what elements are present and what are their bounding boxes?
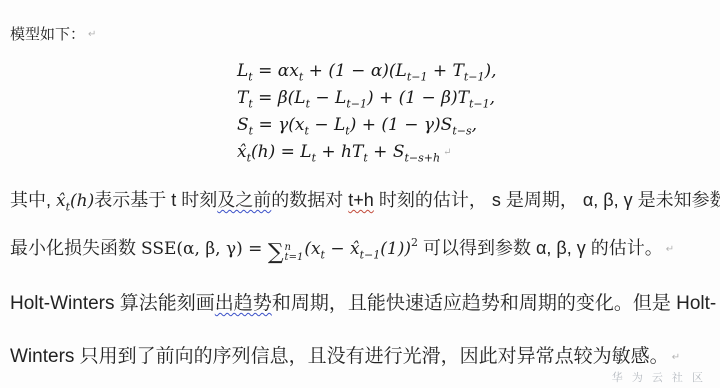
eq1-term: ), <box>485 61 497 81</box>
eq3-term: − L <box>309 115 345 135</box>
loss-lead: 最小化损失函数 <box>10 238 141 258</box>
eq1-term: + T <box>428 61 464 81</box>
loss-sub: t−1 <box>360 248 381 261</box>
eq1-sub: t−1 <box>464 70 485 83</box>
where-lead: 其中, <box>10 190 56 210</box>
loss-tail: 可以得到参数 α, β, γ 的估计。 <box>418 238 663 258</box>
sigma-glyph: ∑ <box>268 242 284 264</box>
watermark-huawei-cloud-community: 华 为 云 社 区 <box>612 369 706 385</box>
where-mid1: 表示基于 t 时刻 <box>94 190 217 210</box>
intro-text: 模型如下：↵ <box>10 23 96 44</box>
hw1-lead: Holt-Winters 算法能刻画 <box>10 293 215 314</box>
math-xhat: x̂ <box>56 191 66 211</box>
eq3-sub: t−s <box>452 124 471 137</box>
loss-term: (x <box>304 239 320 259</box>
inline-math-sse: SSE(α, β, γ) = ∑nt=1(xt − x̂t−1(1))2 <box>141 239 418 259</box>
paragraph-loss-function: 最小化损失函数 SSE(α, β, γ) = ∑nt=1(xt − x̂t−1(… <box>10 234 674 264</box>
eq2-term: , <box>490 88 495 108</box>
sum-lower-limit: t=1 <box>285 253 304 264</box>
eq4-sub: t−s+h <box>404 151 440 164</box>
paragraph-mark: ↵ <box>666 244 674 255</box>
exponent-2: 2 <box>411 236 418 249</box>
sse-head: SSE(α, β, γ) = <box>141 239 268 259</box>
eq1-sub: t−1 <box>407 70 428 83</box>
summation-symbol: ∑nt=1 <box>268 242 304 264</box>
hw2-text: Winters 只用到了前向的序列信息，且没有进行光滑，因此对异常点较为敏感。 <box>10 346 669 367</box>
eq4-term: (h) = L <box>251 142 312 162</box>
eq3-term: S <box>237 115 249 135</box>
math-h-arg: (h) <box>70 191 94 211</box>
eq2-term: T <box>237 88 248 108</box>
paragraph-mark: ↵ <box>443 147 451 158</box>
eq1-term: + (1 − α)(L <box>303 61 407 81</box>
where-tail: 时刻的估计， s 是周期， α, β, γ 是未知参数。 <box>374 190 720 210</box>
eq2-term: − L <box>310 88 346 108</box>
paragraph-holtwinters-line1: Holt-Winters 算法能刻画出趋势和周期，且能快速适应趋势和周期的变化。… <box>10 288 716 315</box>
paragraph-definition: 其中, x̂t(h)表示基于 t 时刻及之前的数据对 t+h 时刻的估计， s … <box>10 186 720 213</box>
hw1-tail: 和周期，且能快速适应趋势和周期的变化。但是 Holt- <box>272 293 716 314</box>
eq3-term: , <box>472 115 477 135</box>
eq1-term: = αx <box>253 61 299 81</box>
eq2-sub: t−1 <box>346 97 367 110</box>
eq1-term: L <box>237 61 248 81</box>
loss-term: (1)) <box>380 239 411 259</box>
equation-season: St = γ(xt − Lt) + (1 − γ)St−s, <box>237 112 497 139</box>
eq2-term: ) + (1 − β)T <box>367 88 469 108</box>
inline-math-forecast: x̂t(h) <box>56 191 94 211</box>
blue-underlined-text: 及之前 <box>217 190 271 210</box>
eq3-term: = γ(x <box>253 115 304 135</box>
equation-trend: Tt = β(Lt − Lt−1) + (1 − β)Tt−1, <box>237 85 497 112</box>
loss-term: − x̂ <box>325 239 360 259</box>
paragraph-mark: ↵ <box>672 352 680 363</box>
equation-level: Lt = αxt + (1 − α)(Lt−1 + Tt−1), <box>237 58 497 85</box>
intro-label: 模型如下： <box>10 26 85 43</box>
eq3-term: ) + (1 − γ)S <box>350 115 453 135</box>
where-mid2: 的数据对 <box>271 190 348 210</box>
model-equations: Lt = αxt + (1 − α)(Lt−1 + Tt−1), Tt = β(… <box>237 58 497 166</box>
red-underlined-text: t+h <box>348 190 374 210</box>
eq4-term: + hT <box>316 142 363 162</box>
eq2-term: = β(L <box>253 88 306 108</box>
document-page: 模型如下：↵ Lt = αxt + (1 − α)(Lt−1 + Tt−1), … <box>0 0 720 388</box>
paragraph-mark: ↵ <box>88 29 96 40</box>
summation-limits: nt=1 <box>285 243 304 264</box>
paragraph-holtwinters-line2: Winters 只用到了前向的序列信息，且没有进行光滑，因此对异常点较为敏感。↵ <box>10 341 680 368</box>
eq4-term: + S <box>368 142 405 162</box>
blue-underlined-text: 出趋势 <box>215 293 272 314</box>
equation-forecast: x̂t(h) = Lt + hTt + St−s+h↵ <box>237 139 497 166</box>
eq2-sub: t−1 <box>469 97 490 110</box>
eq4-term: x̂ <box>237 142 247 162</box>
